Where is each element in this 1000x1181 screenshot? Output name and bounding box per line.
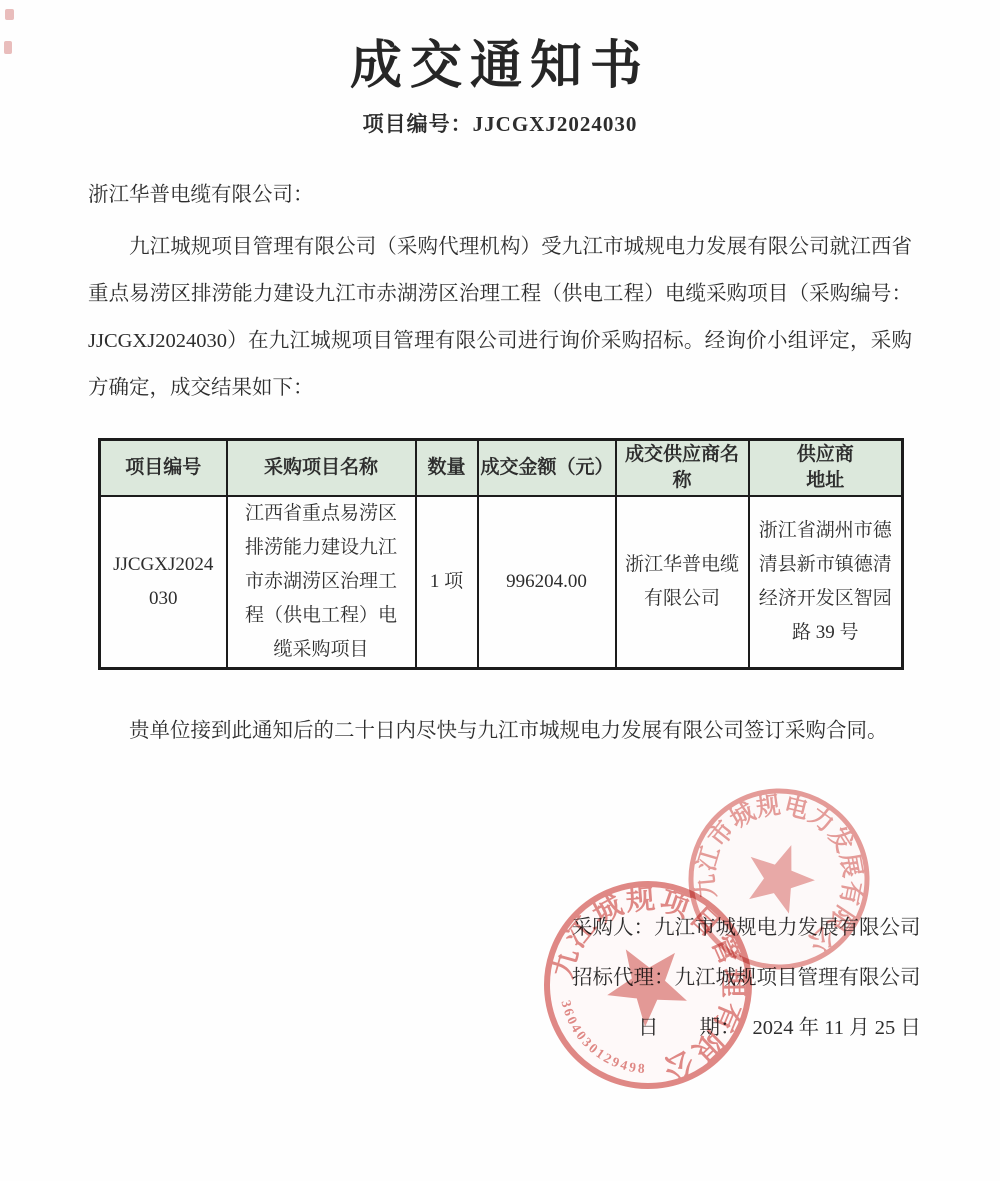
page-title: 成交通知书	[0, 36, 1000, 98]
header-quantity: 数量	[416, 440, 478, 497]
table-row: JJCGXJ2024030 江西省重点易涝区排涝能力建设九江市赤湖涝区治理工程（…	[100, 496, 903, 669]
cell-project-name: 江西省重点易涝区排涝能力建设九江市赤湖涝区治理工程（供电工程）电缆采购项目	[227, 496, 416, 669]
cell-amount: 996204.00	[478, 496, 616, 669]
cell-supplier: 浙江华普电缆有限公司	[616, 496, 749, 669]
agent-label: 招标代理：	[572, 967, 675, 989]
header-supplier: 成交供应商名称	[616, 440, 749, 497]
cell-quantity: 1 项	[416, 496, 478, 669]
award-result-table: 项目编号 采购项目名称 数量 成交金额（元） 成交供应商名称 供应商 地址 JJ…	[98, 438, 904, 670]
header-project-name: 采购项目名称	[227, 440, 416, 497]
date-label: 日 期：	[638, 1017, 741, 1039]
cell-project-no: JJCGXJ2024030	[100, 496, 227, 669]
cell-supplier-address: 浙江省湖州市德清县新市镇德清经济开发区智园路 39 号	[749, 496, 903, 669]
agent-value: 九江城规项目管理有限公司	[675, 967, 921, 989]
table-header-row: 项目编号 采购项目名称 数量 成交金额（元） 成交供应商名称 供应商 地址	[100, 440, 903, 497]
scan-artifact	[4, 41, 12, 54]
body-paragraph: 九江城规项目管理有限公司（采购代理机构）受九江市城规电力发展有限公司就江西省重点…	[88, 224, 912, 412]
scan-artifact	[5, 9, 14, 20]
purchaser-line: 采购人：九江市城规电力发展有限公司	[572, 903, 921, 953]
header-project-no: 项目编号	[100, 440, 227, 497]
date-line: 日 期：2024 年 11 月 25 日	[572, 1003, 921, 1053]
signature-block: 采购人：九江市城规电力发展有限公司 招标代理：九江城规项目管理有限公司 日 期：…	[572, 903, 921, 1053]
date-value: 2024 年 11 月 25 日	[753, 1017, 921, 1039]
document-page: 成交通知书 项目编号：JJCGXJ2024030 浙江华普电缆有限公司： 九江城…	[0, 0, 1000, 1181]
addressee-line: 浙江华普电缆有限公司：	[88, 182, 912, 208]
purchaser-label: 采购人：	[572, 917, 654, 939]
closing-paragraph: 贵单位接到此通知后的二十日内尽快与九江市城规电力发展有限公司签订采购合同。	[88, 706, 912, 756]
header-amount: 成交金额（元）	[478, 440, 616, 497]
purchaser-value: 九江市城规电力发展有限公司	[654, 917, 921, 939]
project-number-subtitle: 项目编号：JJCGXJ2024030	[0, 110, 1000, 138]
agent-line: 招标代理：九江城规项目管理有限公司	[572, 953, 921, 1003]
header-supplier-address: 供应商 地址	[749, 440, 903, 497]
